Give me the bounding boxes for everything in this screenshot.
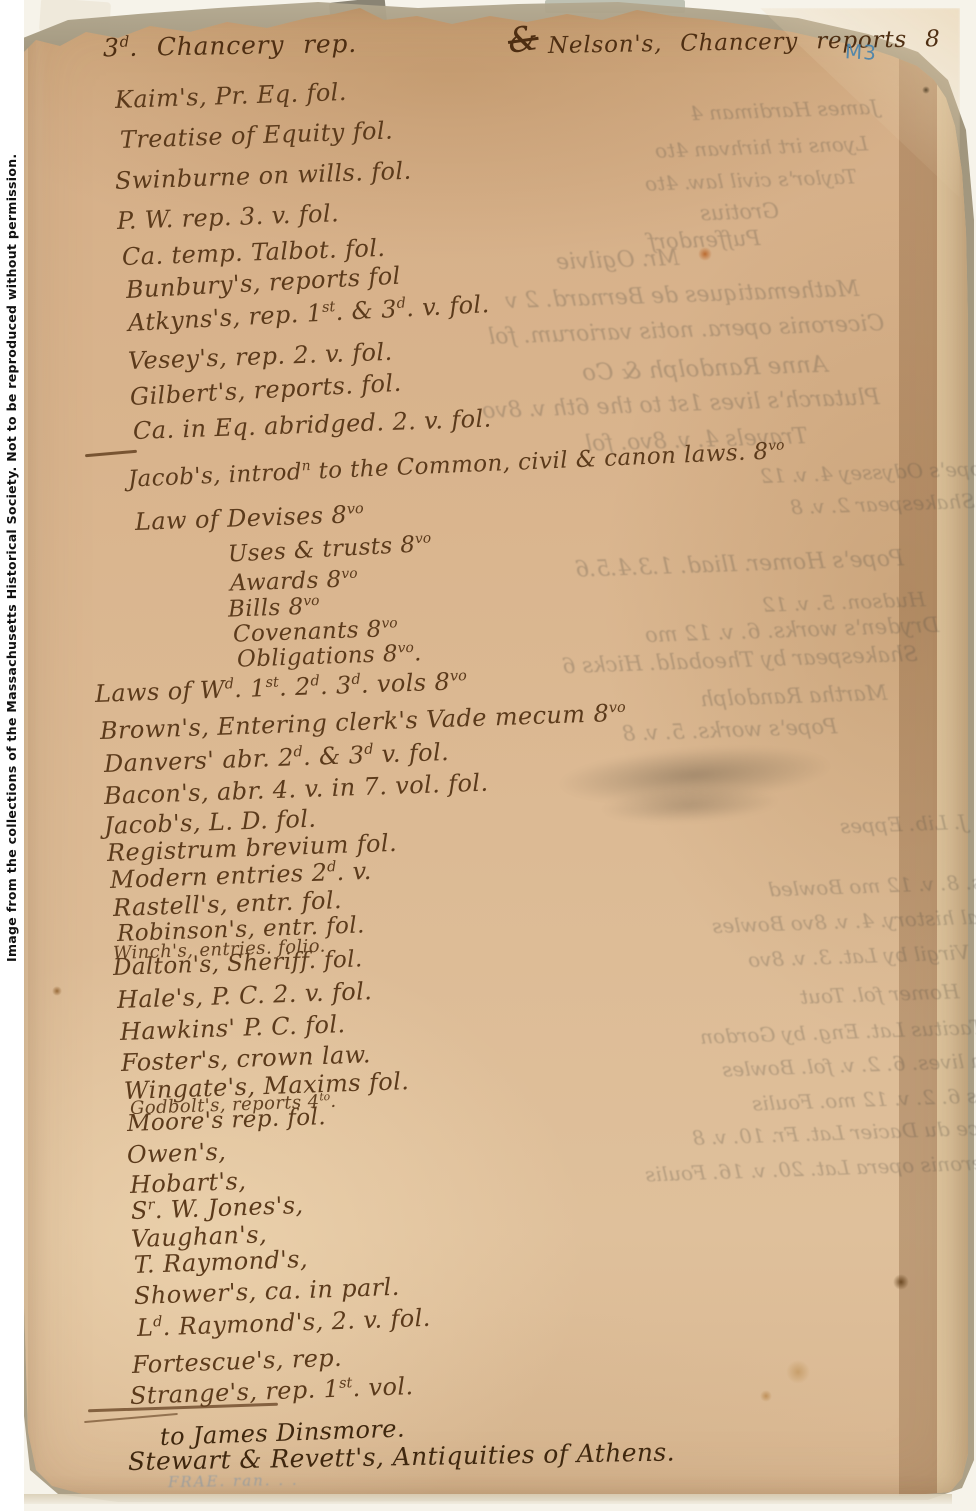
manuscript-line: P. W. rep. 3. v. fol. (117, 199, 340, 235)
manuscript-scan: James Hardiman 4Lyons irt hirhvan 4toTay… (0, 0, 976, 1511)
manuscript-line: Brown's, Entering clerk's Vade mecum 8vo (100, 699, 627, 745)
manuscript-line: Ca. in Eq. abridged. 2. v. fol. (133, 404, 493, 445)
manuscript-line: Nelson's, Chancery reports 8 (548, 26, 941, 59)
manuscript-line: & (505, 18, 541, 62)
manuscript-line: Jacob's, introdn to the Common, civil & … (127, 437, 785, 492)
pencil-annotation: FRAE. ran. . . (168, 1471, 299, 1491)
manuscript-line: Ld. Raymond's, 2. v. fol. (137, 1304, 432, 1342)
manuscript-line: Moore's rep. fol. (127, 1104, 327, 1137)
manuscript-line: Gilbert's, reports. fol. (129, 369, 402, 411)
manuscript-line: Hale's, P. C. 2. v. fol. (117, 977, 373, 1014)
catalog-mark: M3 (844, 39, 877, 65)
manuscript-line: Laws of Wd. 1st. 2d. 3d. vols 8vo (95, 667, 468, 708)
manuscript-line: Hawkins' P. C. fol. (120, 1010, 346, 1046)
archive-watermark-text: Image from the collections of the Massac… (4, 154, 19, 962)
manuscript-line: Owen's, (127, 1138, 227, 1169)
manuscript-line: Awards 8vo (230, 566, 359, 597)
manuscript-line: Vesey's, rep. 2. v. fol. (128, 338, 393, 375)
manuscript-line: Obligations 8vo. (237, 640, 423, 673)
manuscript-line: Fortescue's, rep. (132, 1344, 343, 1379)
manuscript-line: Law of Devises 8vo (135, 500, 365, 536)
manuscript-line: Sr. W. Jones's, (131, 1191, 304, 1225)
manuscript-line: Uses & trusts 8vo (227, 530, 432, 567)
manuscript-line: Treatise of Equity fol. (120, 116, 394, 154)
manuscript-line: Kaim's, Pr. Eq. fol. (115, 78, 348, 114)
manuscript-line: Swinburne on wills. fol. (115, 157, 412, 195)
archive-watermark-strip: Image from the collections of the Massac… (0, 0, 24, 1511)
manuscript-line: 3d. Chancery rep. (103, 29, 357, 63)
manuscript-line: T. Raymond's, (134, 1245, 309, 1279)
manuscript-line: Shower's, ca. in parl. (134, 1273, 401, 1310)
ink-layer: 3d. Chancery rep.&Nelson's, Chancery rep… (0, 0, 976, 1511)
